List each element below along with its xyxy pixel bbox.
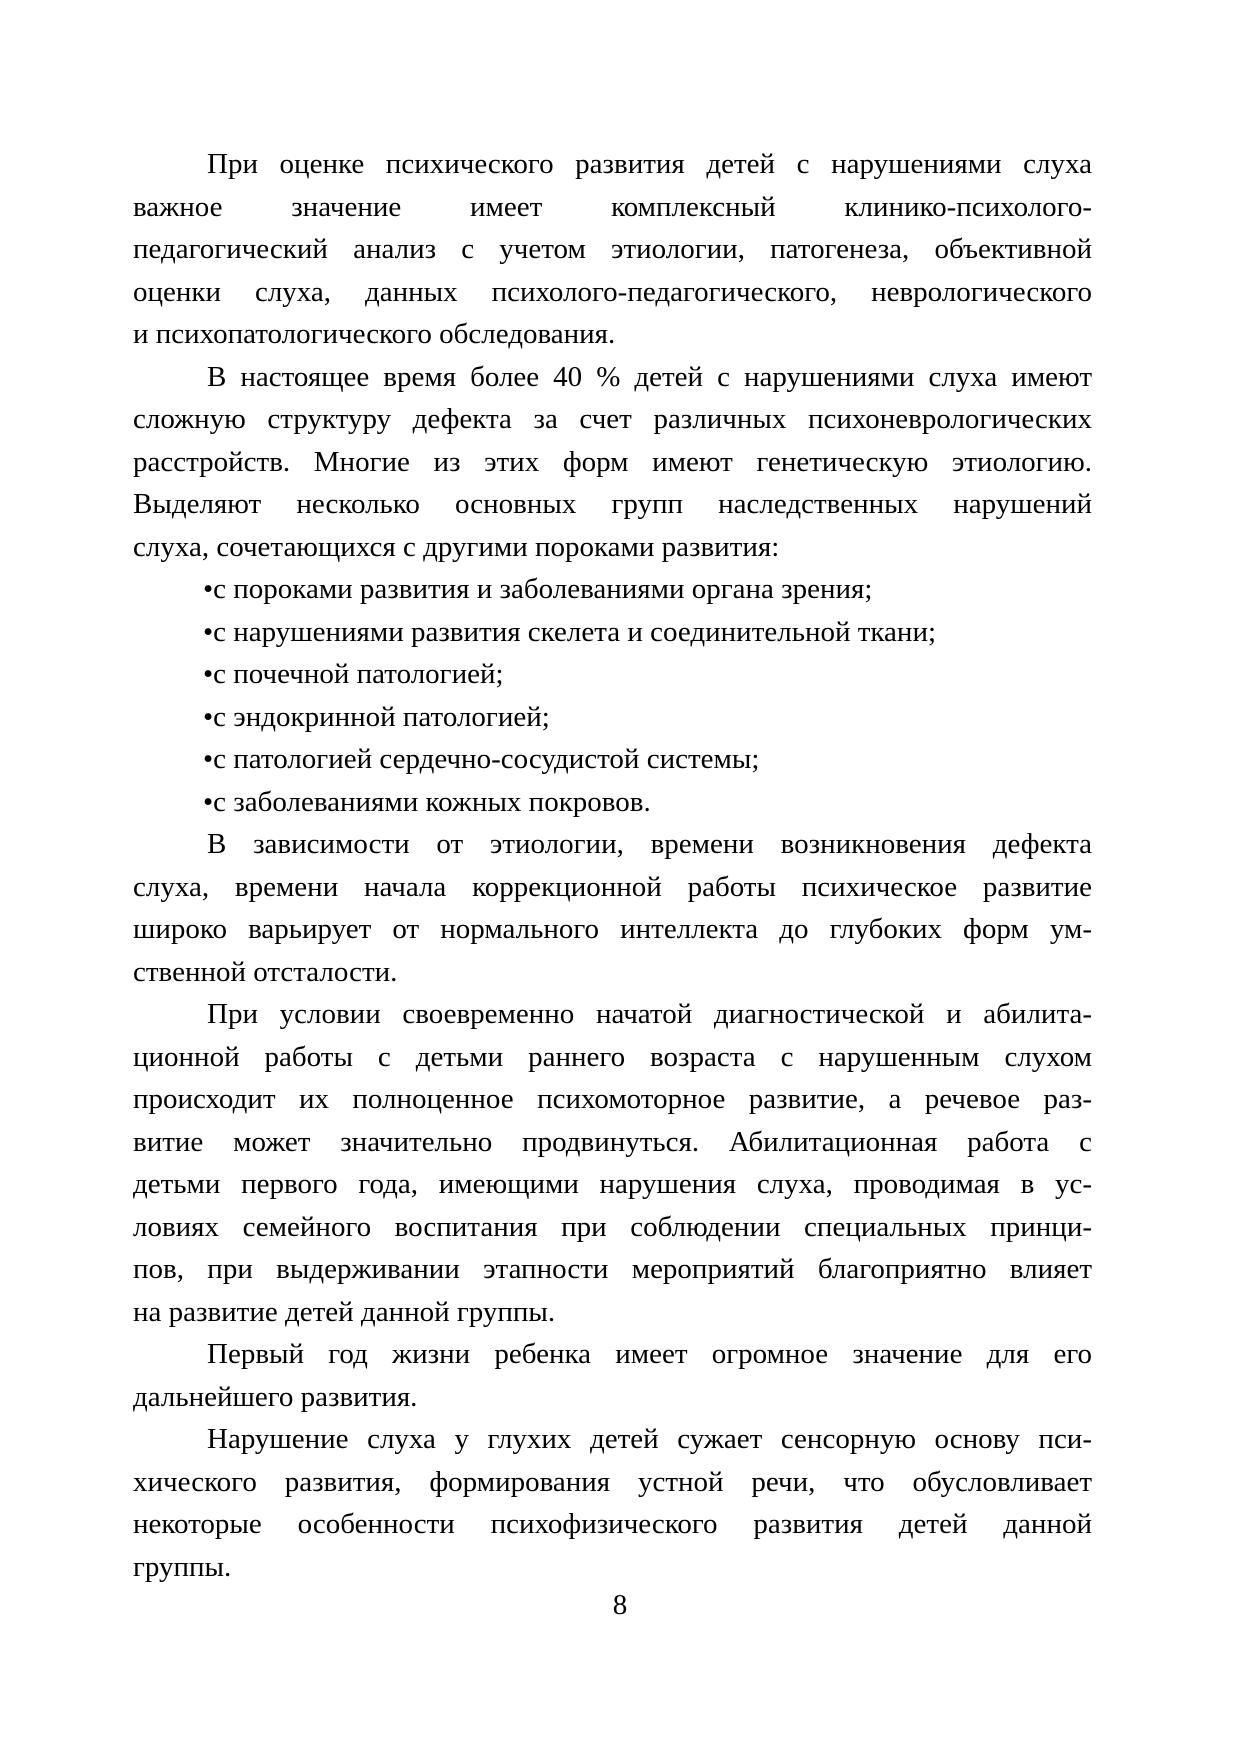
text-line: детьми первого года, имеющими нарушения … bbox=[133, 1163, 1092, 1206]
text-line: пов, при выдерживании этапности мероприя… bbox=[133, 1248, 1092, 1291]
text-line: и психопатологического обследования. bbox=[133, 313, 1092, 356]
text-line: на развитие детей данной группы. bbox=[133, 1291, 1092, 1334]
text-line: ловиях семейного воспитания при соблюден… bbox=[133, 1206, 1092, 1249]
text-line: слуха, сочетающихся с другими пороками р… bbox=[133, 526, 1092, 569]
text-line: дальнейшего развития. bbox=[133, 1376, 1092, 1419]
text-line: широко варьирует от нормального интеллек… bbox=[133, 908, 1092, 951]
page-number: 8 bbox=[0, 1584, 1240, 1627]
text-line: При оценке психического развития детей с… bbox=[133, 143, 1092, 186]
text-line: витие может значительно продвинуться. Аб… bbox=[133, 1121, 1092, 1164]
text-line: слуха, времени начала коррекционной рабо… bbox=[133, 866, 1092, 909]
text-line: ственной отсталости. bbox=[133, 951, 1092, 994]
text-line: расстройств. Многие из этих форм имеют г… bbox=[133, 441, 1092, 484]
text-line: сложную структуру дефекта за счет различ… bbox=[133, 398, 1092, 441]
bullet-item: •с заболеваниями кожных покровов. bbox=[133, 781, 1092, 824]
text-line: педагогический анализ с учетом этиологии… bbox=[133, 228, 1092, 271]
text-line: Нарушение слуха у глухих детей сужает се… bbox=[133, 1418, 1092, 1461]
text-line: важное значение имеет комплексный клиник… bbox=[133, 186, 1092, 229]
bullet-item: •с эндокринной патологией; bbox=[133, 696, 1092, 739]
text-line: ционной работы с детьми раннего возраста… bbox=[133, 1036, 1092, 1079]
text-line: При условии своевременно начатой диагнос… bbox=[133, 993, 1092, 1036]
bullet-item: •с нарушениями развития скелета и соедин… bbox=[133, 611, 1092, 654]
text-line: В настоящее время более 40 % детей с нар… bbox=[133, 356, 1092, 399]
text-line: оценки слуха, данных психолого-педагогич… bbox=[133, 271, 1092, 314]
document-page: При оценке психического развития детей с… bbox=[0, 0, 1240, 1754]
text-line: происходит их полноценное психомоторное … bbox=[133, 1078, 1092, 1121]
text-line: Выделяют несколько основных групп наслед… bbox=[133, 483, 1092, 526]
bullet-item: •с патологией сердечно-сосудистой систем… bbox=[133, 738, 1092, 781]
bullet-item: •с почечной патологией; bbox=[133, 653, 1092, 696]
text-line: некоторые особенности психофизического р… bbox=[133, 1503, 1092, 1546]
bullet-item: •с пороками развития и заболеваниями орг… bbox=[133, 568, 1092, 611]
text-line: В зависимости от этиологии, времени возн… bbox=[133, 823, 1092, 866]
text-line: группы. bbox=[133, 1546, 1092, 1589]
text-line: Первый год жизни ребенка имеет огромное … bbox=[133, 1333, 1092, 1376]
text-block: При оценке психического развития детей с… bbox=[133, 143, 1092, 1588]
text-line: хического развития, формирования устной … bbox=[133, 1461, 1092, 1504]
